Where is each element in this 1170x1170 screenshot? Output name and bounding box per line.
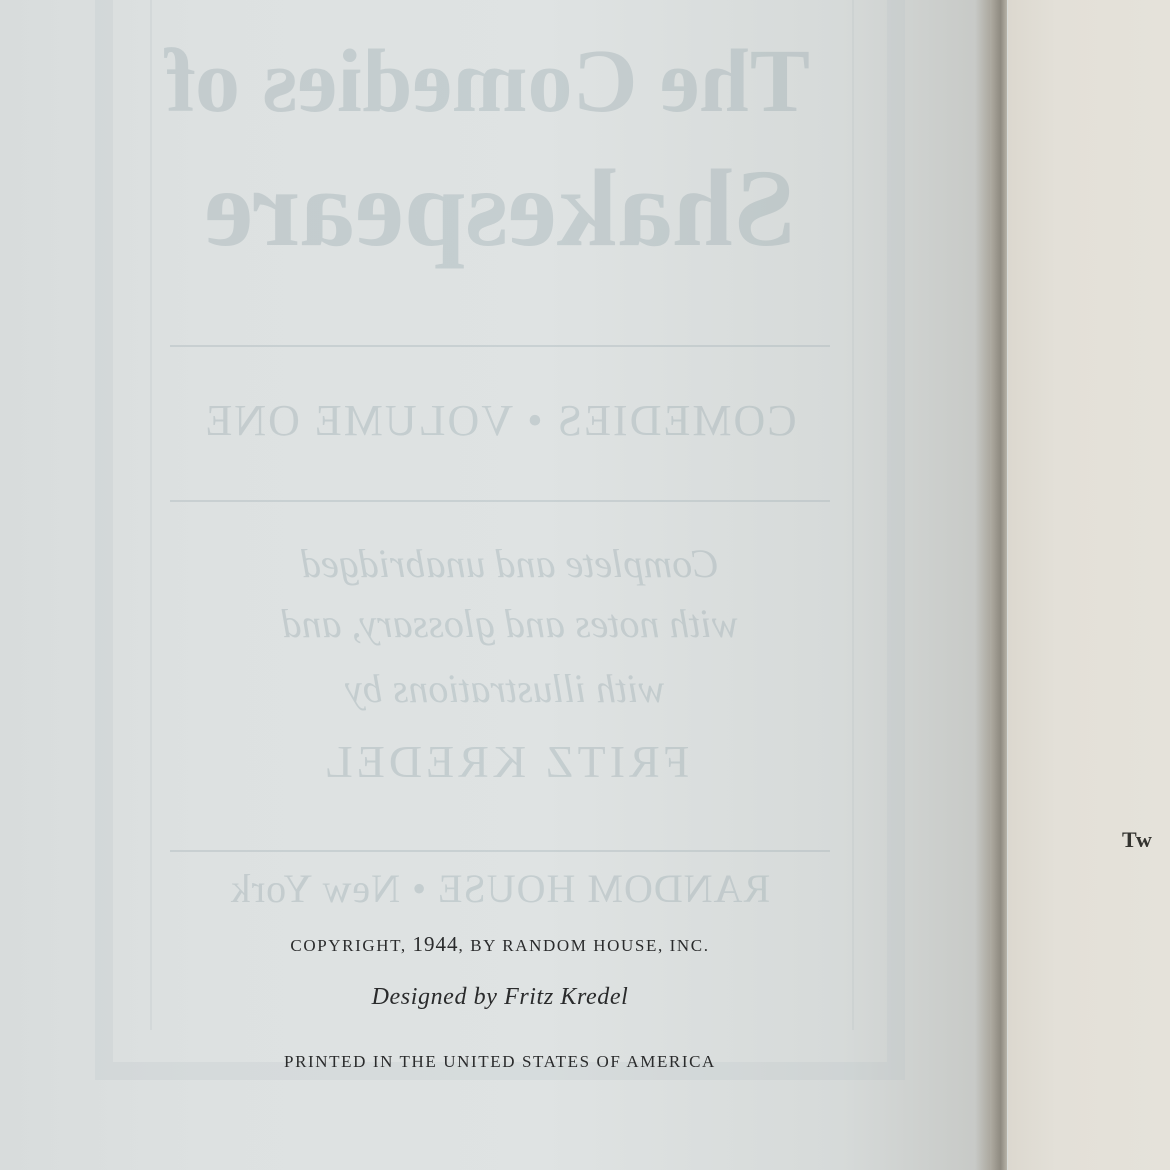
page-gutter-shadow (975, 0, 1007, 1170)
copyright-prefix: COPYRIGHT, (290, 936, 412, 955)
copyright-year: 1944 (413, 932, 459, 956)
showthrough-rule (170, 345, 830, 347)
left-page: The Comedies of Shakespeare COMEDIES • V… (0, 0, 990, 1170)
showthrough-title-line-1: The Comedies of (210, 30, 810, 133)
right-page (1008, 0, 1170, 1170)
showthrough-line-3: with illustrations by (290, 665, 720, 712)
showthrough-publisher: RANDOM HOUSE • New York (160, 865, 840, 912)
copyright-suffix: , BY RANDOM HOUSE, INC. (459, 936, 710, 955)
showthrough-subtitle: COMEDIES • VOLUME ONE (170, 395, 830, 446)
showthrough-line-2: with notes and glossary, and (210, 600, 810, 647)
showthrough-rule (170, 850, 830, 852)
printed-in-line: PRINTED IN THE UNITED STATES OF AMERICA (180, 1052, 820, 1072)
right-page-partial-text: Tw (1122, 827, 1153, 853)
showthrough-line-1: Complete and unabridged (230, 540, 790, 587)
showthrough-rule (170, 500, 830, 502)
designer-credit: Designed by Fritz Kredel (200, 984, 800, 1011)
showthrough-illustrator: FRITZ KREDEL (300, 735, 710, 788)
showthrough-title-line-2: Shakespeare (180, 145, 820, 272)
copyright-line: COPYRIGHT, 1944, BY RANDOM HOUSE, INC. (200, 932, 800, 957)
